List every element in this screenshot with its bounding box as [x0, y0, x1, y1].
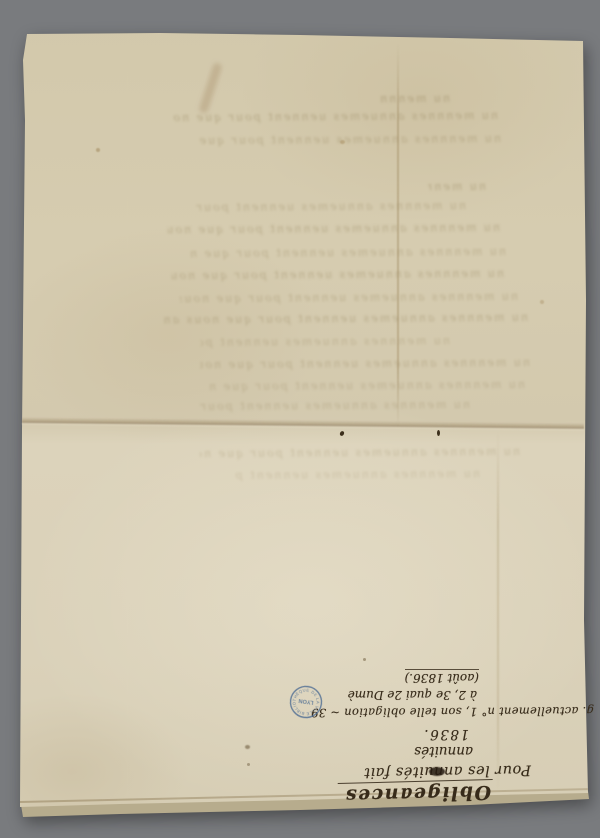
inscription-line: Pour les annuités fait: [364, 762, 532, 781]
inscription-block-upside-down: Obligeances Pour les annuités fait annui…: [235, 655, 595, 807]
inscription-line: 1836.: [423, 726, 469, 742]
paper-speck: [96, 148, 100, 152]
vertical-fold-crease-top: [397, 44, 399, 426]
library-stamp: BIBLIOTHÈQUE DE LA VILLE LYON: [287, 683, 325, 721]
inscription-line: annuités: [414, 743, 473, 759]
inscription-line: à 2, 3e quai 2e Dumè: [348, 688, 477, 702]
inscription-line: (août 1836.): [405, 669, 479, 685]
inscription-line: g. actuellement n° 1, son telle obligati…: [311, 704, 594, 720]
inscription-heading: Obligeances: [338, 779, 493, 807]
ink-blot: [429, 767, 445, 776]
photograph-of-document: nu mennnes annuemes uennent pour que nou…: [0, 0, 600, 838]
stamp-center-text: LYON: [298, 697, 314, 705]
paper-speck: [340, 140, 345, 144]
ink-speck: [437, 430, 440, 436]
paper-speck: [540, 300, 544, 304]
